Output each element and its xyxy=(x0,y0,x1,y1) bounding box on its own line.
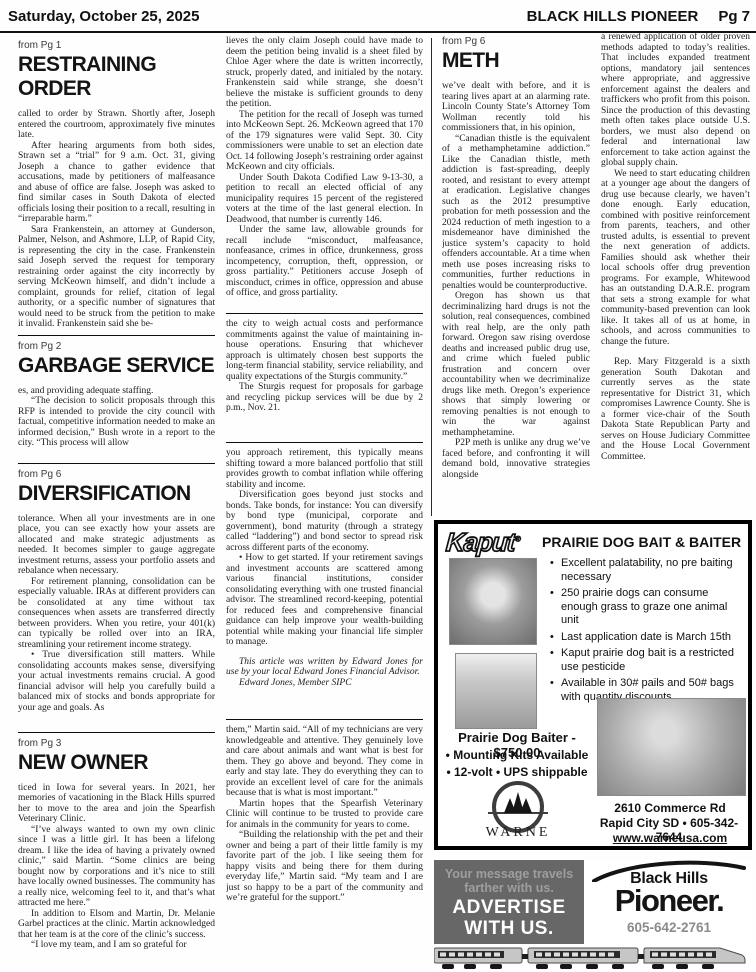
article-column-1: from Pg 1RESTRAINING ORDERcalled to orde… xyxy=(18,36,215,966)
logo-pioneer: Pioneer. xyxy=(586,883,752,919)
ad-bullet-list: Excellent palatability, no pre baiting n… xyxy=(550,557,746,707)
article-credit: Edward Jones, Member SIPC xyxy=(226,678,423,689)
article-paragraph: The Sturgis request for proposals for ga… xyxy=(226,382,423,414)
article-divider xyxy=(18,335,215,336)
article-headline: GARBAGE SERVICE xyxy=(18,354,215,378)
article-segment: lieves the only claim Joseph could have … xyxy=(226,36,423,308)
article-credit: This article was written by Edward Jones… xyxy=(226,657,423,678)
bait-pails-bags-photo xyxy=(455,653,537,729)
prairie-dog-photo xyxy=(449,558,537,645)
article-headline: NEW OWNER xyxy=(18,751,215,775)
article-divider xyxy=(18,463,215,464)
article-paragraph: • True diversification still matters. Wh… xyxy=(18,650,215,713)
advertise-panel: Your message travels farther with us. AD… xyxy=(434,860,584,944)
article-segment: from Pg 3NEW OWNERticed in Iowa for seve… xyxy=(18,738,215,951)
article-paragraph: We need to start educating children at a… xyxy=(601,169,750,348)
ad-bullet-item: Excellent palatability, no pre baiting n… xyxy=(550,557,746,584)
article-divider xyxy=(226,313,423,314)
page-number: Pg 7 xyxy=(718,8,750,25)
ad-bullet-item: Kaput prairie dog bait is a restricted u… xyxy=(550,647,746,674)
article-segment: them,” Martin said. “All of my technicia… xyxy=(226,725,423,904)
baiter-feature-line: • 12-volt • UPS shippable xyxy=(440,765,594,779)
advertise-cta: ADVERTISE WITH US. xyxy=(440,897,578,939)
article-paragraph: The petition for the recall of Joseph wa… xyxy=(226,110,423,173)
article-paragraph: Sara Frankenstein, an attorney at Gunder… xyxy=(18,225,215,330)
article-paragraph: Martin hopes that the Spearfish Veterina… xyxy=(226,799,423,831)
article-paragraph: a renewed application of older proven me… xyxy=(601,32,750,169)
author-bio: Rep. Mary Fitzgerald is a sixth generati… xyxy=(601,357,750,462)
article-paragraph: you approach retirement, this typically … xyxy=(226,448,423,490)
article-column-4: a renewed application of older proven me… xyxy=(601,32,750,518)
paper-name: BLACK HILLS PIONEER xyxy=(527,8,699,25)
continued-from-label: from Pg 2 xyxy=(18,341,215,352)
article-paragraph: “Canadian thistle is the equivalent of a… xyxy=(442,134,590,292)
baiter-feature-line: • Mounting Kits Available xyxy=(440,748,594,762)
article-paragraph: Oregon has shown us that decriminalizing… xyxy=(442,291,590,438)
article-headline: RESTRAINING ORDER xyxy=(18,53,215,101)
kaput-advertisement: Kaput® PRAIRIE DOG BAIT & BAITER Excelle… xyxy=(434,520,752,850)
page-header: Saturday, October 25, 2025 BLACK HILLS P… xyxy=(0,0,756,33)
article-divider xyxy=(226,442,423,443)
article-paragraph: “I’ve always wanted to own my own clinic… xyxy=(18,825,215,909)
article-segment: from Pg 6METHwe’ve dealt with before, an… xyxy=(442,36,590,480)
pioneer-logo: Black Hills Pioneer. 605-642-2761 xyxy=(586,860,752,944)
article-paragraph: In addition to Elsom and Martin, Dr. Mel… xyxy=(18,909,215,941)
warne-logo: WARNE xyxy=(482,780,554,842)
vertical-column-divider xyxy=(431,38,432,516)
article-paragraph: • How to get started. If your retirement… xyxy=(226,553,423,648)
warne-website-link[interactable]: www.warneusa.com xyxy=(594,831,746,845)
issue-date: Saturday, October 25, 2025 xyxy=(8,8,199,25)
article-paragraph: Under the same law, allowable grounds fo… xyxy=(226,225,423,299)
ad-bullet-item: 250 prairie dogs can consume enough gras… xyxy=(550,587,746,628)
kaput-brand-logo: Kaput® xyxy=(445,527,521,558)
ad-bullet-item: Last application date is March 15th xyxy=(550,631,746,645)
article-paragraph: P2P meth is unlike any drug we’ve faced … xyxy=(442,438,590,480)
article-paragraph: After hearing arguments from both sides,… xyxy=(18,141,215,225)
article-paragraph: them,” Martin said. “All of my technicia… xyxy=(226,725,423,799)
article-segment: from Pg 1RESTRAINING ORDERcalled to orde… xyxy=(18,40,215,330)
article-divider xyxy=(18,732,215,733)
article-paragraph: Diversification goes beyond just stocks … xyxy=(226,490,423,553)
article-paragraph: lieves the only claim Joseph could have … xyxy=(226,36,423,110)
article-paragraph: Under South Dakota Codified Law 9-13-30,… xyxy=(226,173,423,226)
continued-from-label: from Pg 1 xyxy=(18,40,215,51)
article-paragraph: we’ve dealt with before, and it is teari… xyxy=(442,81,590,134)
warne-address: 2610 Commerce Rd xyxy=(594,801,746,815)
pioneer-phone: 605-642-2761 xyxy=(586,920,752,935)
continued-from-label: from Pg 3 xyxy=(18,738,215,749)
article-paragraph: “Building the relationship with the pet … xyxy=(226,830,423,904)
article-segment: a renewed application of older proven me… xyxy=(601,32,750,462)
article-segment: the city to weigh actual costs and perfo… xyxy=(226,319,423,437)
ad-title: PRAIRIE DOG BAIT & BAITER xyxy=(542,534,746,550)
article-paragraph: called to order by Strawn. Shortly after… xyxy=(18,109,215,141)
atv-baiter-photo xyxy=(597,698,746,796)
article-segment: from Pg 6DIVERSIFICATIONtolerance. When … xyxy=(18,469,215,727)
article-headline: DIVERSIFICATION xyxy=(18,482,215,506)
train-illustration xyxy=(434,944,752,970)
article-headline: METH xyxy=(442,49,590,73)
registered-mark: ® xyxy=(515,534,521,543)
article-paragraph: tolerance. When all your investments are… xyxy=(18,514,215,577)
article-segment: you approach retirement, this typically … xyxy=(226,448,423,714)
newspaper-page: Saturday, October 25, 2025 BLACK HILLS P… xyxy=(0,0,756,972)
masthead: BLACK HILLS PIONEER Pg 7 xyxy=(527,8,750,25)
article-paragraph: ticed in Iowa for several years. In 2021… xyxy=(18,783,215,825)
warne-label: WARNE xyxy=(486,825,551,840)
article-paragraph: es, and providing adequate staffing. xyxy=(18,386,215,397)
article-divider xyxy=(226,719,423,720)
continued-from-label: from Pg 6 xyxy=(18,469,215,480)
article-column-3: from Pg 6METHwe’ve dealt with before, an… xyxy=(442,32,590,518)
article-column-2: lieves the only claim Joseph could have … xyxy=(226,36,423,966)
article-segment: from Pg 2GARBAGE SERVICEes, and providin… xyxy=(18,341,215,458)
article-paragraph: For retirement planning, consolidation c… xyxy=(18,577,215,651)
continued-from-label: from Pg 6 xyxy=(442,36,590,47)
article-paragraph: the city to weigh actual costs and perfo… xyxy=(226,319,423,382)
advertise-message: Your message travels farther with us. xyxy=(442,867,576,895)
pioneer-advertisement: Your message travels farther with us. AD… xyxy=(434,860,752,970)
article-paragraph: “I love my team, and I am so grateful fo… xyxy=(18,940,215,951)
article-paragraph: “The decision to solicit proposals throu… xyxy=(18,396,215,449)
